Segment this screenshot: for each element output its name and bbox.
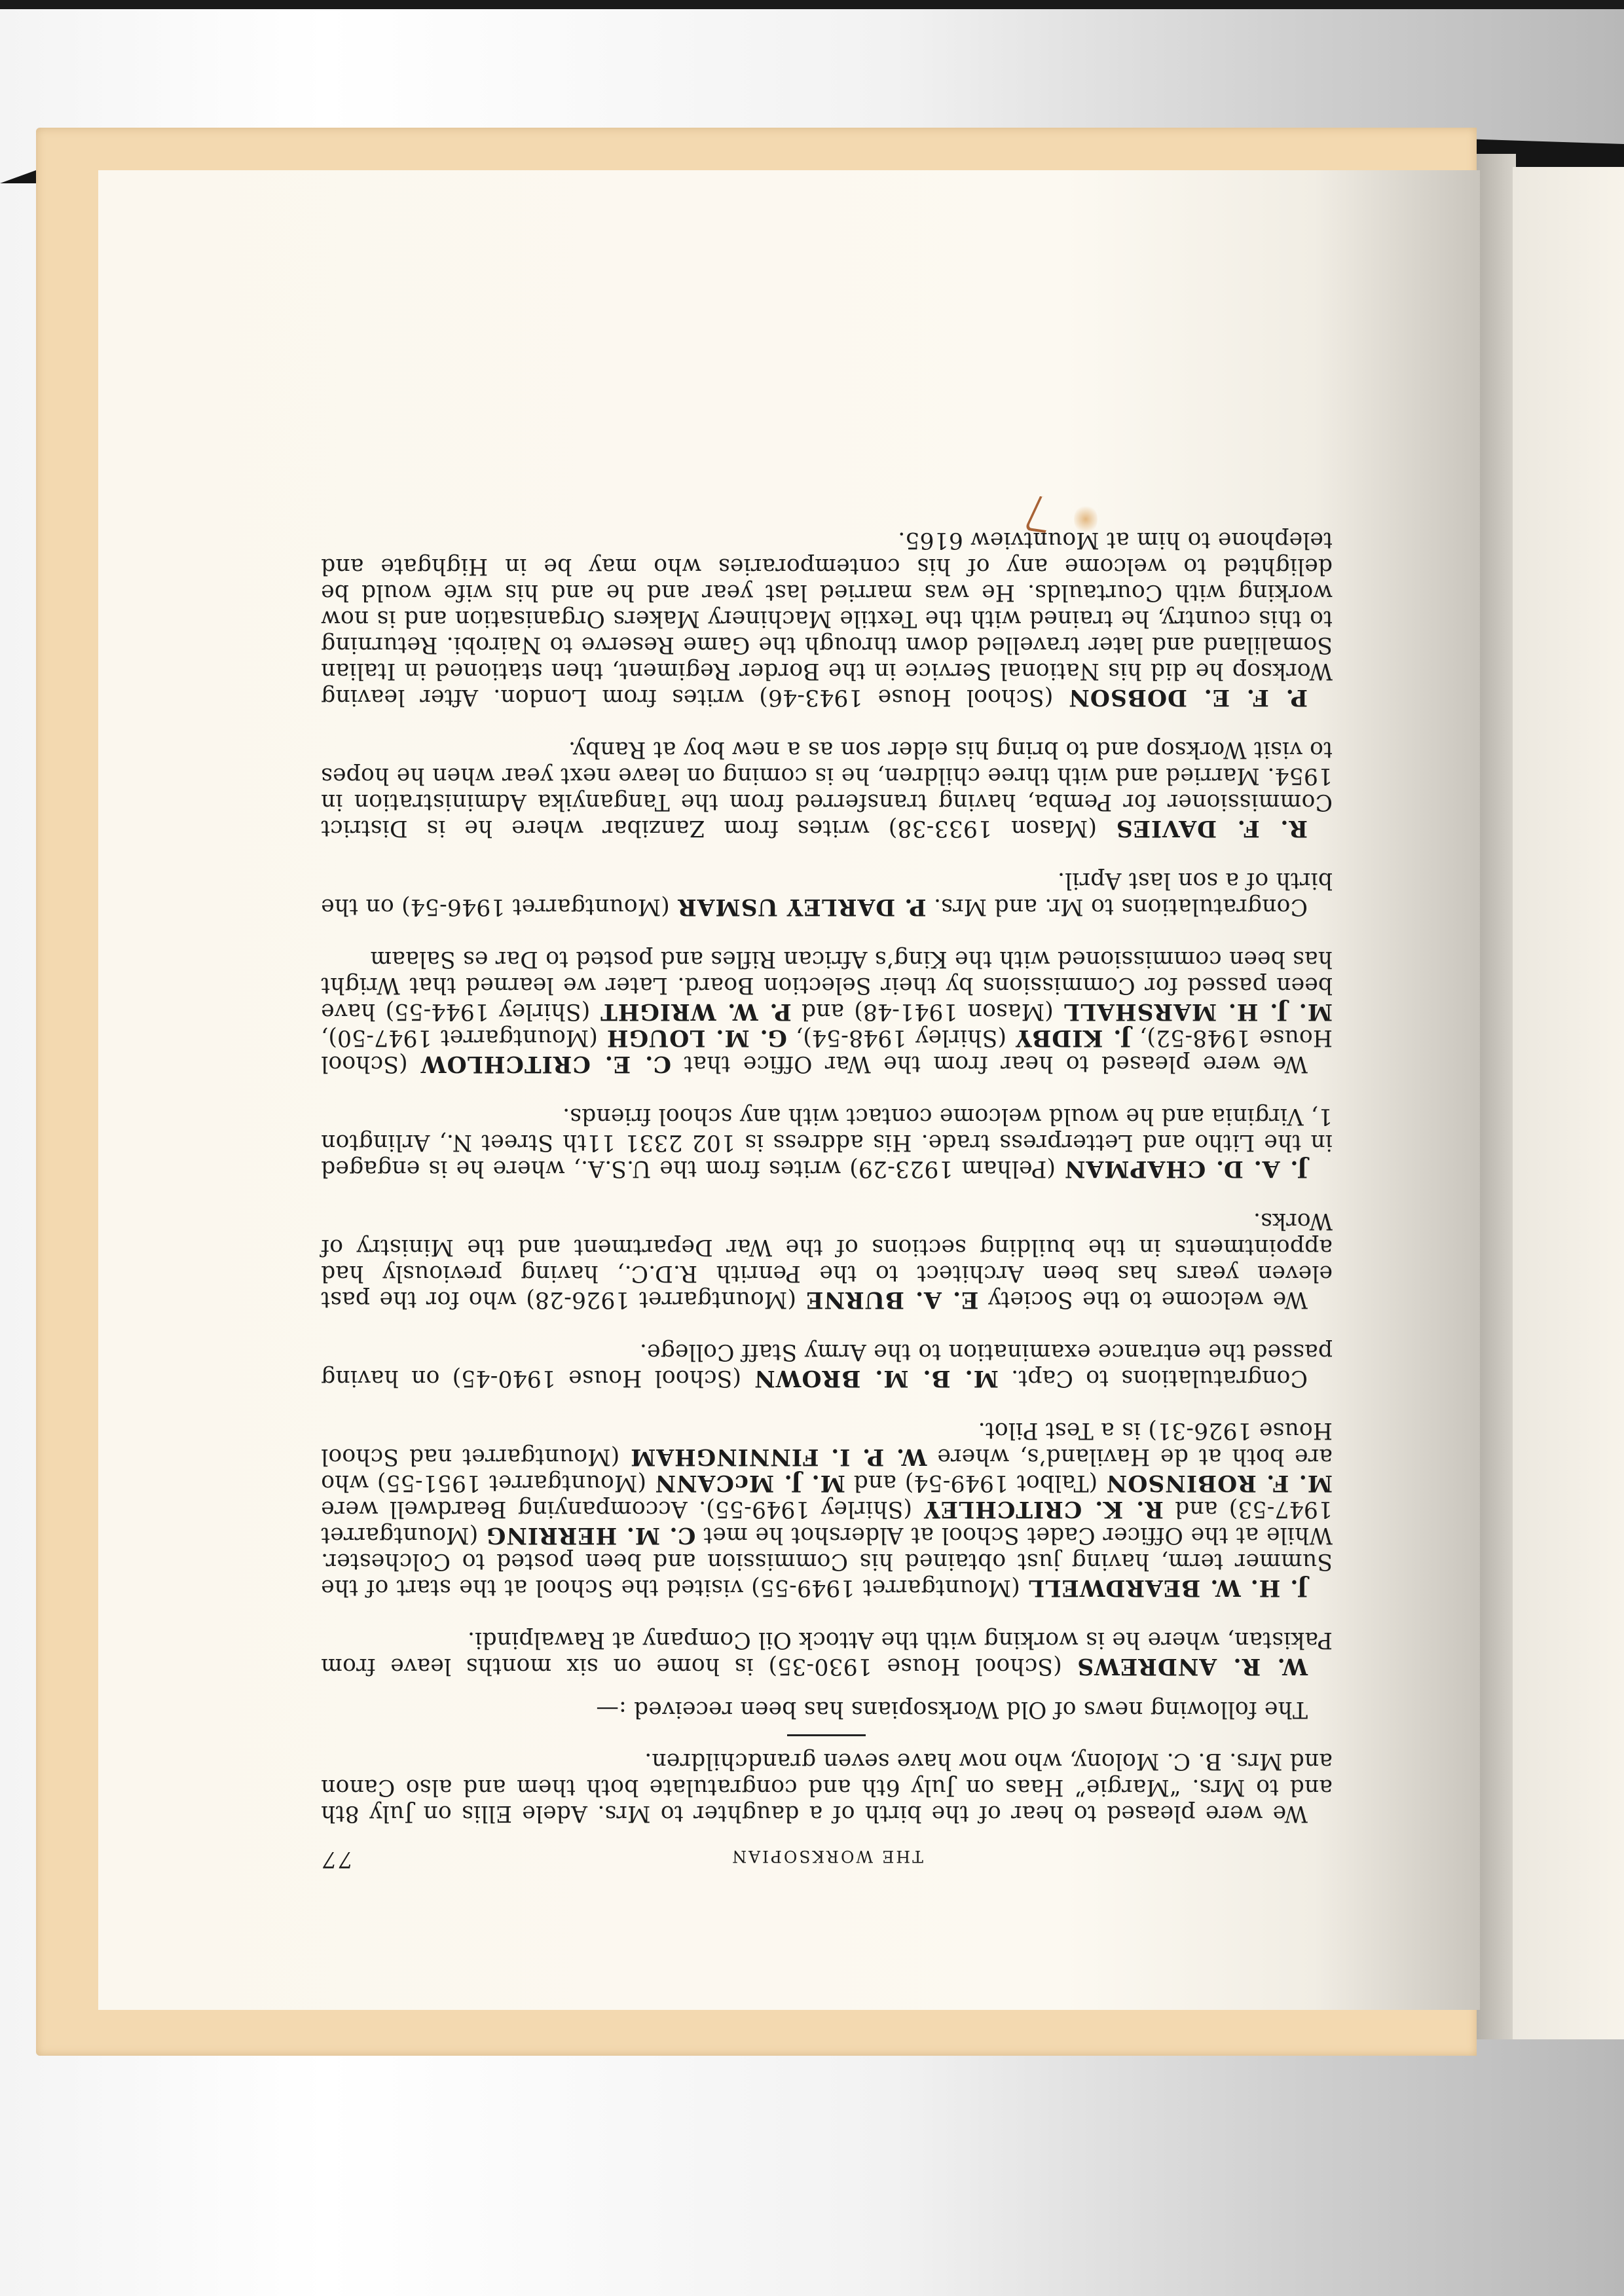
person-name: J. KIDBY <box>1015 1025 1131 1051</box>
person-name: J. H. W. BEARDWELL <box>1028 1575 1308 1601</box>
person-name: J. A. D. CHAPMAN <box>1064 1156 1308 1182</box>
book-gutter <box>1477 154 1516 2039</box>
paragraph-beardwell: J. H. W. BEARDWELL (Mountgarret 1949-55)… <box>321 1417 1333 1601</box>
page-number: 77 <box>321 1846 353 1872</box>
person-name: M. J. McCANN <box>655 1470 845 1496</box>
page-text-rotated: THE WORKSOPIAN 77 We were pleased to hea… <box>321 367 1333 1872</box>
person-name: E. A. BURNE <box>805 1286 978 1313</box>
paragraph-burne: We welcome to the Society E. A. BURNE (M… <box>321 1208 1333 1313</box>
paragraph-text: Congratulations to Capt. <box>999 1365 1308 1391</box>
paragraph-text: We were pleased to hear of the birth of … <box>321 1748 1333 1827</box>
paragraph-text: We were pleased to hear from the War Off… <box>671 1051 1308 1077</box>
paragraph-text: (Mason 1941-48) and <box>792 998 1063 1025</box>
person-name: R. F. DAVIES <box>1116 815 1308 841</box>
paragraph-intro: The following news of Old Worksopians ha… <box>321 1696 1333 1722</box>
paragraph-andrews: W. R. ANDREWS (School House 1930-35) is … <box>321 1627 1333 1679</box>
paragraph-dobson: P. F. E. DOBSON (School House 1943-46) w… <box>321 527 1333 710</box>
paragraph-commissions: We were pleased to hear from the War Off… <box>321 946 1333 1077</box>
paragraph-text: (Shirley 1949-55). Accompanying Beardwel… <box>321 1496 923 1522</box>
person-name: W. R. ANDREWS <box>1077 1653 1308 1679</box>
person-name: M. B. M. BROWN <box>754 1365 999 1391</box>
paragraph-brown: Congratulations to Capt. M. B. M. BROWN … <box>321 1339 1333 1391</box>
person-name: C. E. CRITCHLOW <box>420 1051 671 1077</box>
person-name: P. W. WRIGHT <box>600 998 792 1025</box>
section-divider <box>788 1734 866 1736</box>
paragraph-text: (School House 1943-46) writes from Londo… <box>321 527 1333 710</box>
paragraph-text: (Talbot 1949-54) and <box>845 1470 1106 1496</box>
scanner-edge <box>0 0 1624 9</box>
person-name: M. F. ROBINSON <box>1106 1470 1333 1496</box>
person-name: G. M. LOUGH <box>606 1025 787 1051</box>
paragraph-text: (Shirley 1948-54), <box>787 1025 1015 1051</box>
person-name: P. DARLEY USMAR <box>677 894 927 920</box>
paragraph-usmar: Congratulations to Mr. and Mrs. P. DARLE… <box>321 867 1333 920</box>
paragraph-text: We welcome to the Society <box>978 1286 1308 1313</box>
paragraph-text: Congratulations to Mr. and Mrs. <box>927 894 1308 920</box>
paragraph-text: (Mountgarret 1947-50), <box>321 1025 606 1051</box>
paragraph-text: The following news of Old Worksopians ha… <box>596 1696 1308 1722</box>
paragraph-births: We were pleased to hear of the birth of … <box>321 1748 1333 1827</box>
article-body: We were pleased to hear of the birth of … <box>321 527 1333 1827</box>
person-name: C. M. HERRING <box>486 1522 696 1548</box>
running-head: THE WORKSOPIAN 77 <box>321 1827 1333 1872</box>
paragraph-chapman: J. A. D. CHAPMAN (Pelham 1923-29) writes… <box>321 1103 1333 1182</box>
journal-title: THE WORKSOPIAN <box>321 1847 1333 1866</box>
paragraph-davies: R. F. DAVIES (Mason 1933-38) writes from… <box>321 737 1333 841</box>
person-name: R. K. CRITCHLEY <box>923 1496 1164 1522</box>
facing-page-edge <box>1513 167 1624 2039</box>
person-name: M. J. H. MARSHALL <box>1063 998 1333 1025</box>
person-name: W. P. I. FINNINGHAM <box>630 1444 927 1470</box>
person-name: P. F. E. DOBSON <box>1068 684 1308 710</box>
